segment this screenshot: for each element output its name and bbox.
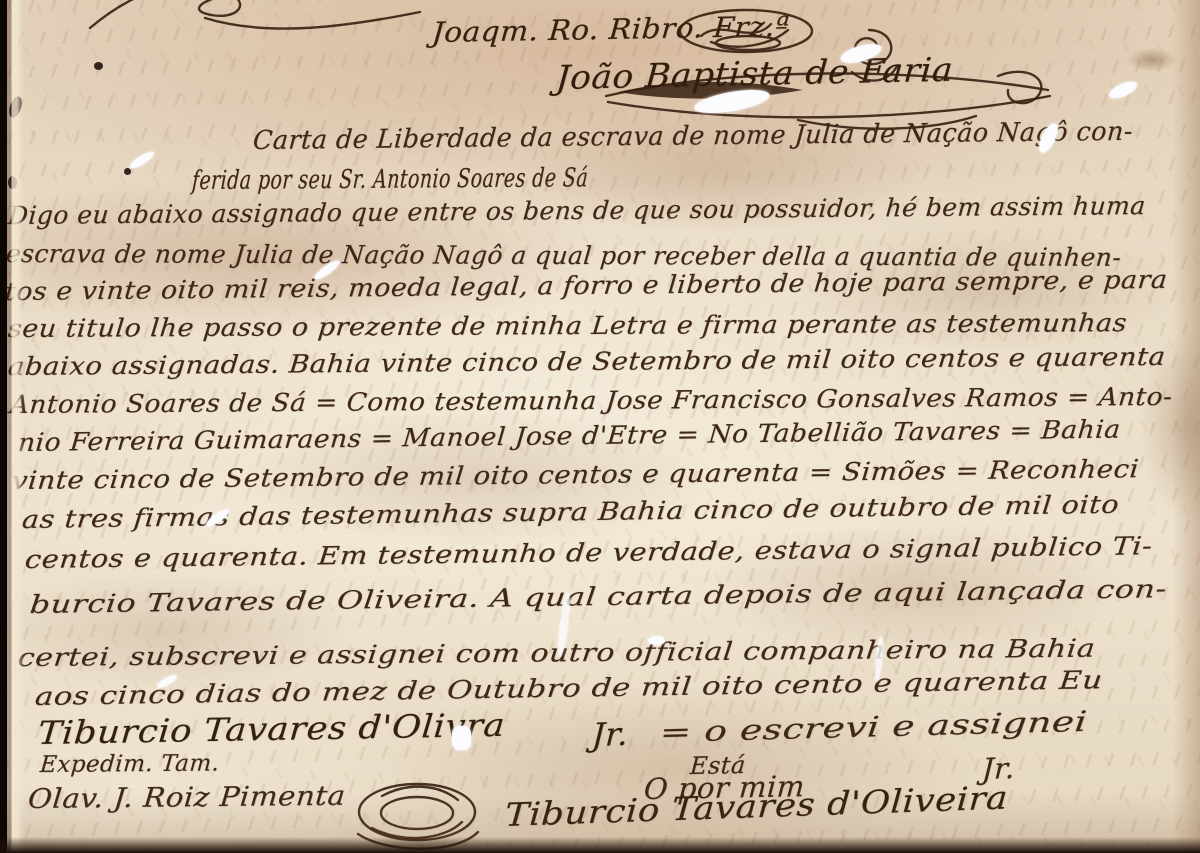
ink-speck — [124, 168, 131, 175]
paper-damage-spot — [452, 726, 471, 750]
body-line: seu titulo lhe passo o prezente de minha… — [7, 308, 1129, 343]
ink-speck — [94, 62, 103, 70]
title-line-2: ferida por seu Sr. Antonio Soares de Sá — [191, 163, 589, 196]
marginal-note: Expedim. Tam. — [39, 750, 221, 778]
notary-rubric-icon — [676, 6, 816, 56]
manuscript-page: Joaqm. Ro. Ribro. Frz.ª João Baptista de… — [0, 0, 1200, 853]
page-right-edge — [1172, 0, 1200, 853]
cropped-signature-flourish-icon — [85, 0, 430, 42]
binding-edge — [0, 0, 24, 853]
page-bottom-edge — [0, 837, 1200, 853]
paper-damage-spot — [648, 636, 665, 645]
writer-suffix: Jr. — [591, 715, 629, 754]
